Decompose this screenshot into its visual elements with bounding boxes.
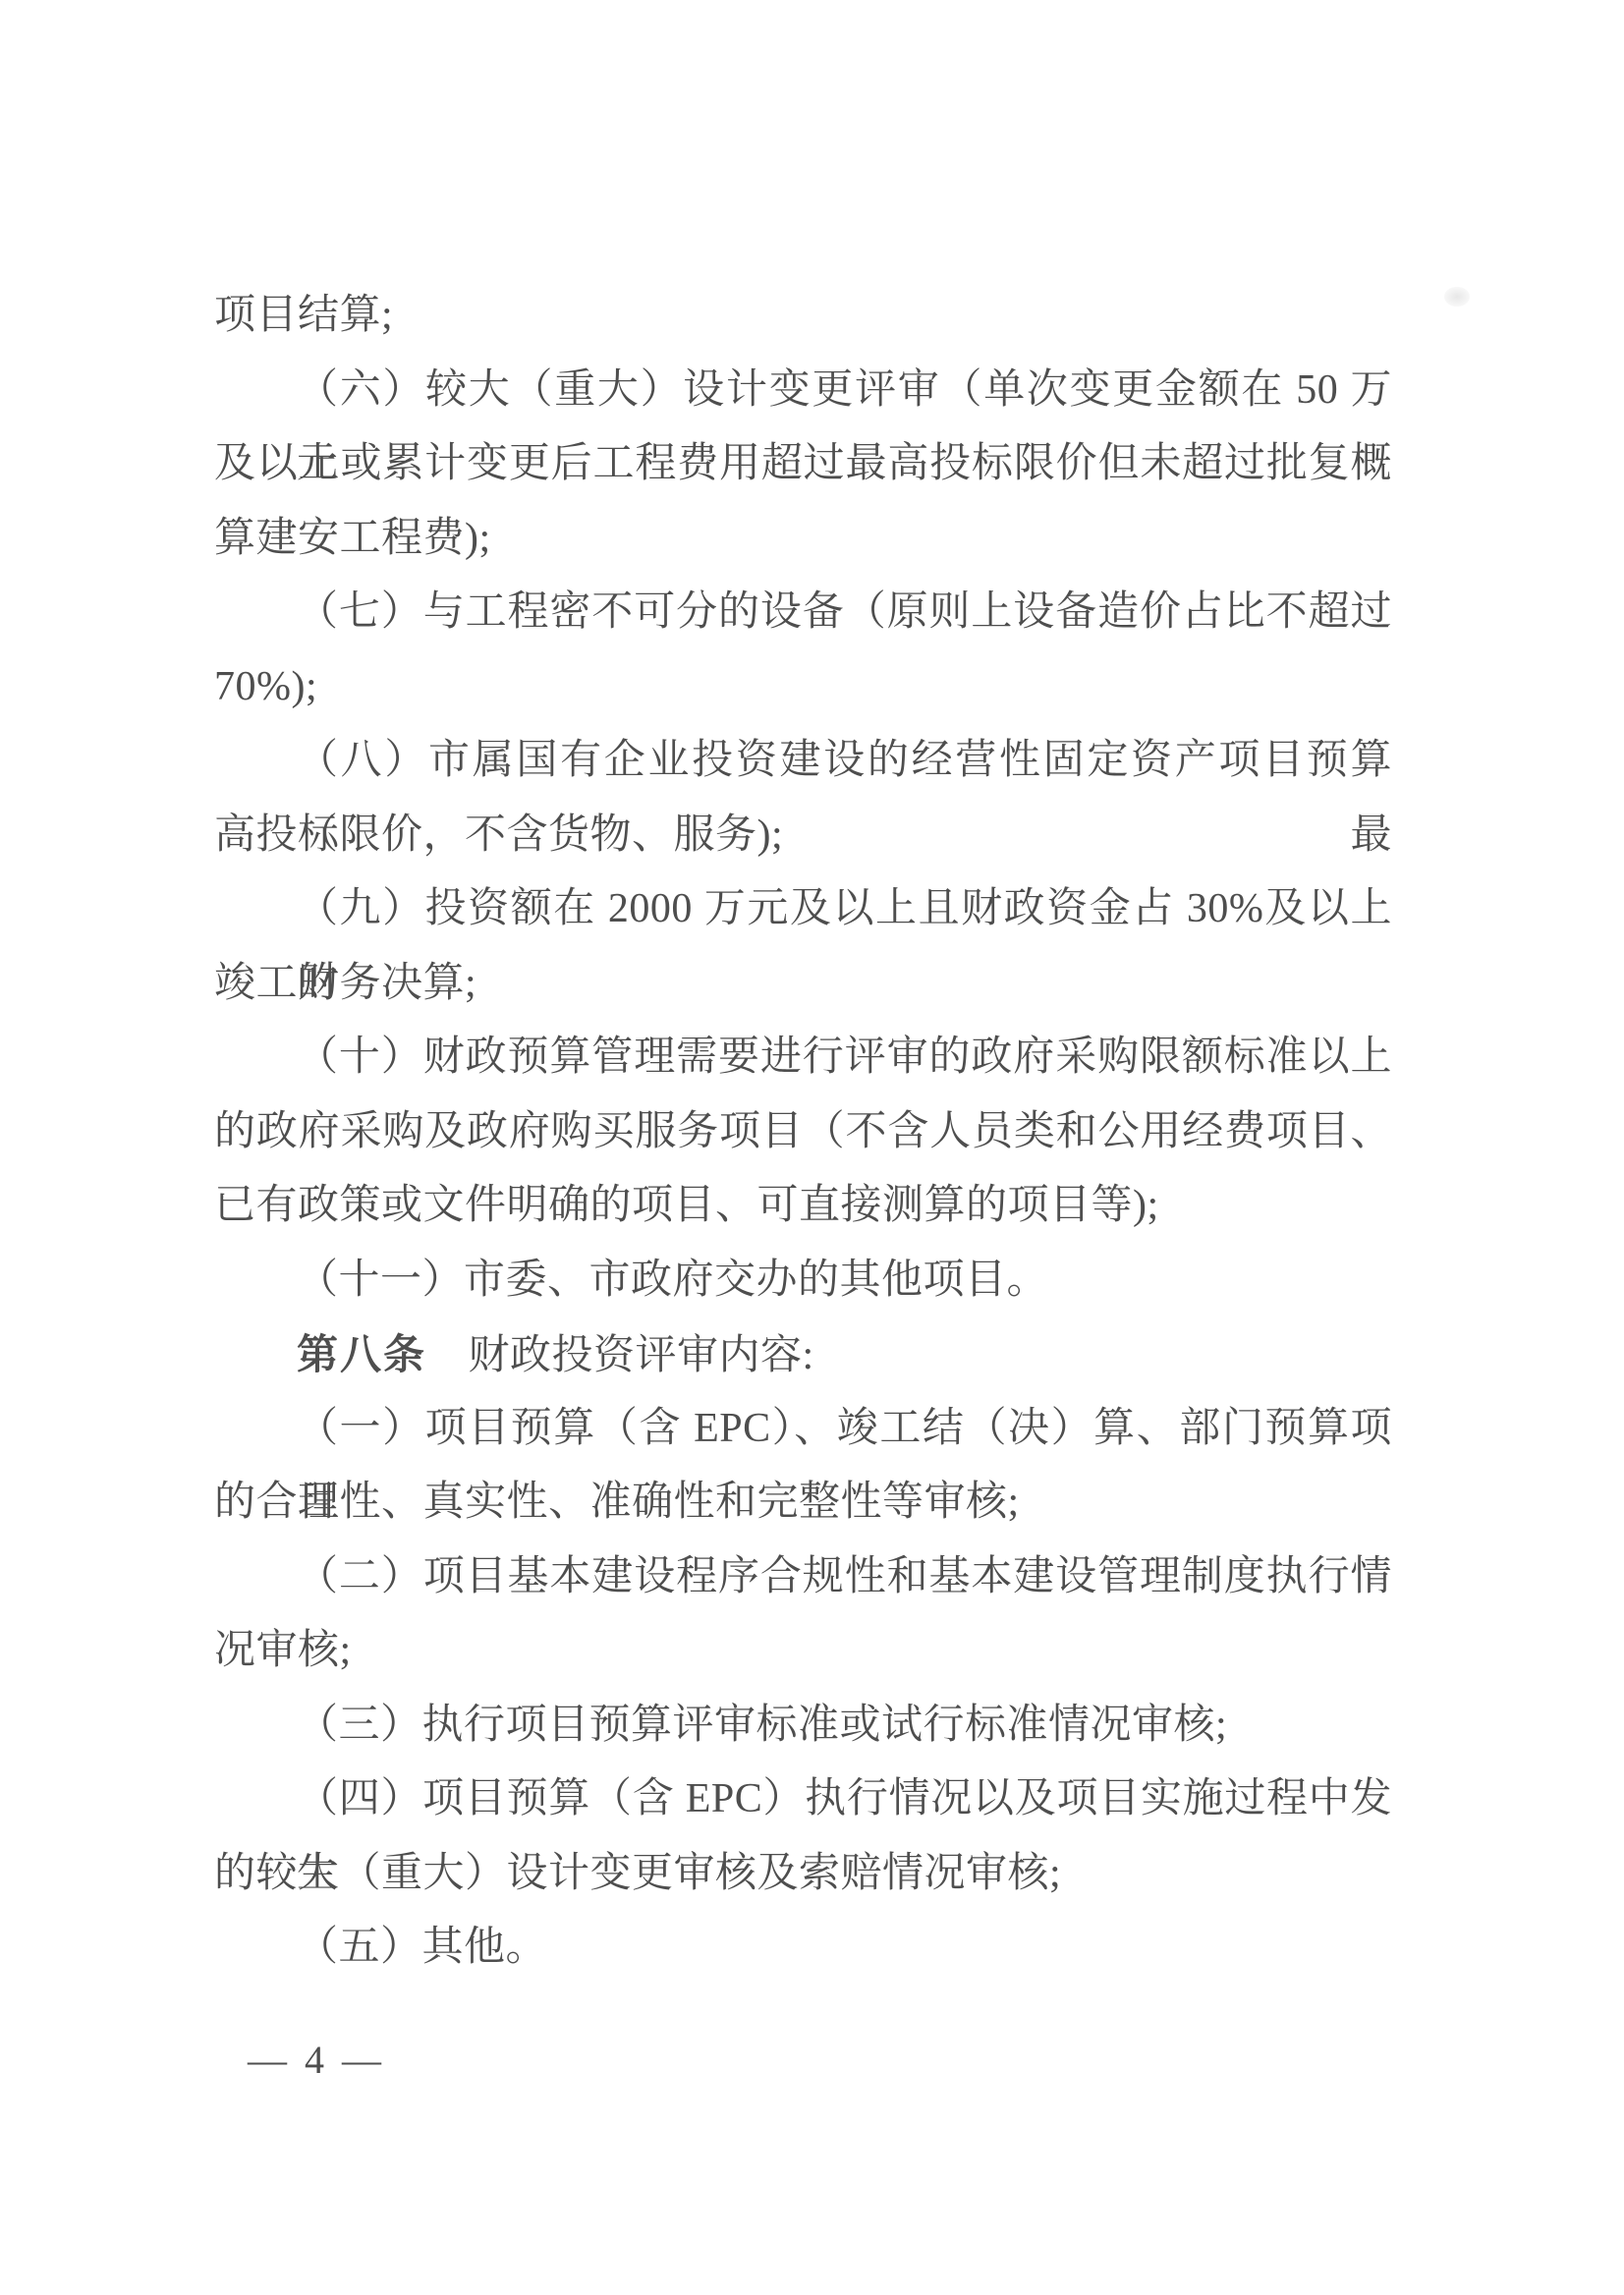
text-line: 第八条 财政投资评审内容: (214, 1317, 1392, 1392)
text-line: （九）投资额在 2000 万元及以上且财政资金占 30%及以上的 (214, 872, 1392, 947)
text-line: 的合理性、真实性、准确性和完整性等审核; (214, 1466, 1392, 1540)
text-line: 70%); (214, 650, 1392, 725)
text-line: （一）项目预算（含 EPC）、竣工结（决）算、部门预算项目 (214, 1392, 1392, 1467)
text-line: （八）市属国有企业投资建设的经营性固定资产项目预算（最 (214, 724, 1392, 799)
text-line: （二）项目基本建设程序合规性和基本建设管理制度执行情 (214, 1540, 1392, 1615)
scan-smudge (1444, 287, 1470, 307)
text-line: 况审核; (214, 1614, 1392, 1689)
text-line: 已有政策或文件明确的项目、可直接测算的项目等); (214, 1169, 1392, 1244)
text-line: 的政府采购及政府购买服务项目（不含人员类和公用经费项目、 (214, 1095, 1392, 1170)
text-line: 及以上或累计变更后工程费用超过最高投标限价但未超过批复概 (214, 427, 1392, 502)
text-line: （三）执行项目预算评审标准或试行标准情况审核; (214, 1689, 1392, 1763)
text-line: （四）项目预算（含 EPC）执行情况以及项目实施过程中发生 (214, 1763, 1392, 1837)
document-body: 项目结算;（六）较大（重大）设计变更评审（单次变更金额在 50 万元及以上或累计… (214, 279, 1392, 1986)
document-page: 项目结算;（六）较大（重大）设计变更评审（单次变更金额在 50 万元及以上或累计… (0, 0, 1624, 2295)
text-line: 的较大（重大）设计变更审核及索赔情况审核; (214, 1837, 1392, 1912)
text-line: （五）其他。 (214, 1911, 1392, 1986)
text-line: 算建安工程费); (214, 502, 1392, 577)
text-line: 项目结算; (214, 279, 1392, 354)
text-line: （六）较大（重大）设计变更评审（单次变更金额在 50 万元 (214, 354, 1392, 428)
article-number-label: 第八条 (297, 1331, 426, 1377)
text-line: （七）与工程密不可分的设备（原则上设备造价占比不超过 (214, 576, 1392, 650)
line-text: 财政投资评审内容: (426, 1333, 814, 1378)
text-line: （十）财政预算管理需要进行评审的政府采购限额标准以上 (214, 1021, 1392, 1095)
page-number: — 4 — (248, 2036, 385, 2085)
text-line: （十一）市委、市政府交办的其他项目。 (214, 1244, 1392, 1318)
text-line: 竣工财务决算; (214, 947, 1392, 1022)
